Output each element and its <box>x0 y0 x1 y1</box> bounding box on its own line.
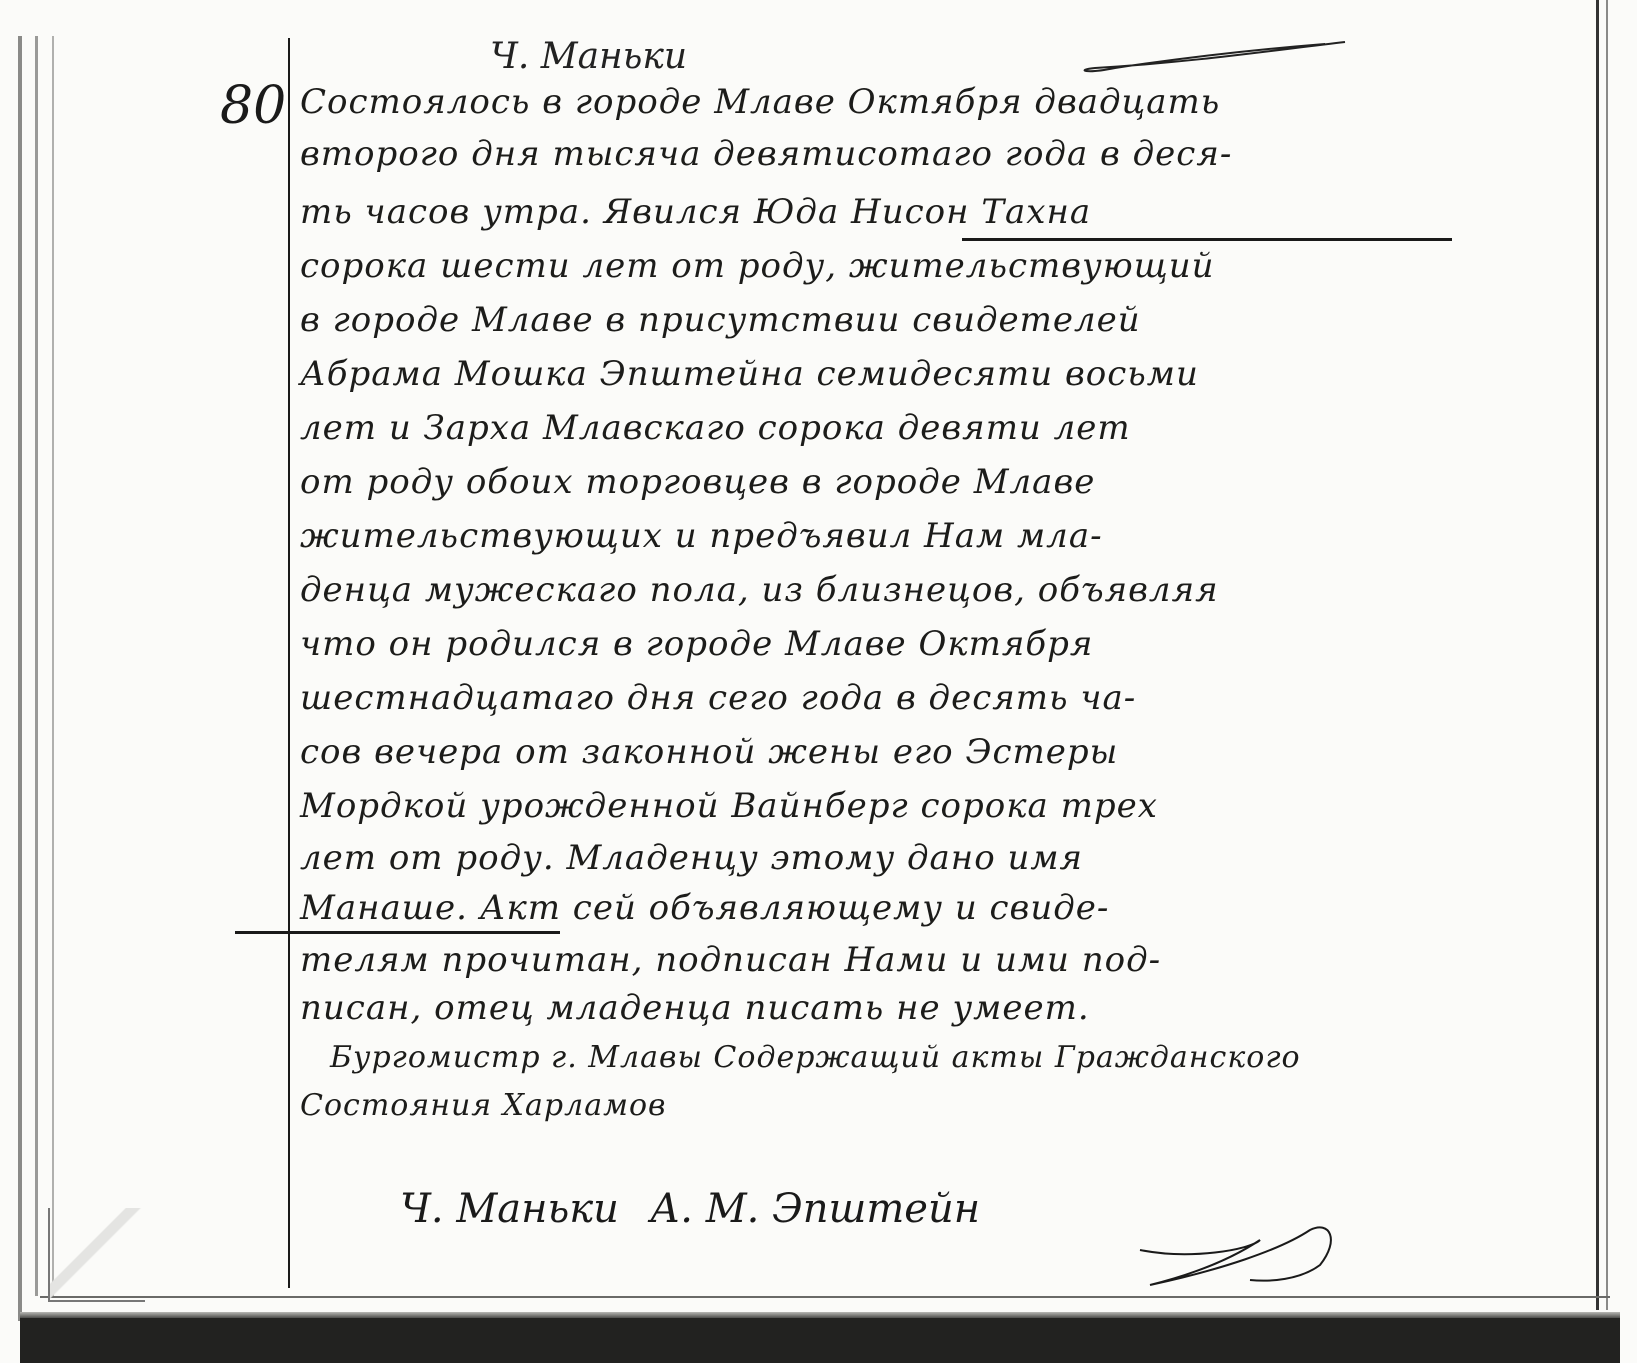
witness-signature: А. М. Эпштейн <box>650 1186 980 1232</box>
header-signature: Ч. Маньки <box>490 36 687 77</box>
record-line: телям прочитан, подписан Нами и ими под- <box>300 940 1161 980</box>
record-line: сорока шести лет от роду, жительствующий <box>300 246 1215 286</box>
record-line: сов вечера от законной жены его Эстеры <box>300 732 1118 772</box>
record-line: писан, отец младенца писать не умеет. <box>300 988 1090 1028</box>
record-line: денца мужескаго пола, из близнецов, объя… <box>300 570 1219 610</box>
right-edge-line <box>1596 0 1599 1310</box>
child-name-underline <box>235 931 560 934</box>
record-line: жительствующих и предъявил Нам мла- <box>300 516 1103 556</box>
right-edge-line <box>1606 0 1608 1310</box>
signature-flourish-icon <box>1130 1210 1350 1290</box>
ledger-page: Ч. Маньки 80 Состоялось в городе Млаве О… <box>0 0 1637 1363</box>
flourish-icon <box>1075 38 1355 74</box>
record-line: что он родился в городе Млаве Октября <box>300 624 1093 664</box>
margin-rule <box>288 38 290 1288</box>
bottom-rule <box>40 1296 1610 1298</box>
registrar-line: Состояния Харламов <box>300 1088 667 1123</box>
record-line: ть часов утра. Явился Юда Нисон Тахна <box>300 192 1091 232</box>
binding-edge-line <box>18 36 22 1321</box>
book-corner-protector <box>48 1208 145 1302</box>
record-line: Состоялось в городе Млаве Октября двадца… <box>300 82 1220 122</box>
record-line: лет от роду. Младенцу этому дано имя <box>300 838 1083 878</box>
record-line: второго дня тысяча девятисотаго года в д… <box>300 134 1232 174</box>
binding-edge-line <box>35 36 38 1296</box>
record-line: шестнадцатаго дня сего года в десять ча- <box>300 678 1136 718</box>
record-line: Мордкой урожденной Вайнберг сорока трех <box>300 786 1158 826</box>
scan-bottom-edge <box>20 1318 1620 1363</box>
record-line: в городе Млаве в присутствии свидетелей <box>300 300 1141 340</box>
record-line: Манаше. Акт сей объявляющему и свиде- <box>300 888 1109 928</box>
record-line: Абрама Мошка Эпштейна семидесяти восьми <box>300 354 1199 394</box>
record-line: лет и Зарха Млавскаго сорока девяти лет <box>300 408 1131 448</box>
registrar-line: Бургомистр г. Млавы Содержащий акты Граж… <box>330 1040 1301 1075</box>
record-line: от роду обоих торговцев в городе Млаве <box>300 462 1095 502</box>
entry-number: 80 <box>220 76 286 136</box>
binding-edge-line <box>52 36 54 1296</box>
witness-signature: Ч. Маньки <box>400 1186 619 1232</box>
declarant-name-underline <box>962 238 1452 241</box>
